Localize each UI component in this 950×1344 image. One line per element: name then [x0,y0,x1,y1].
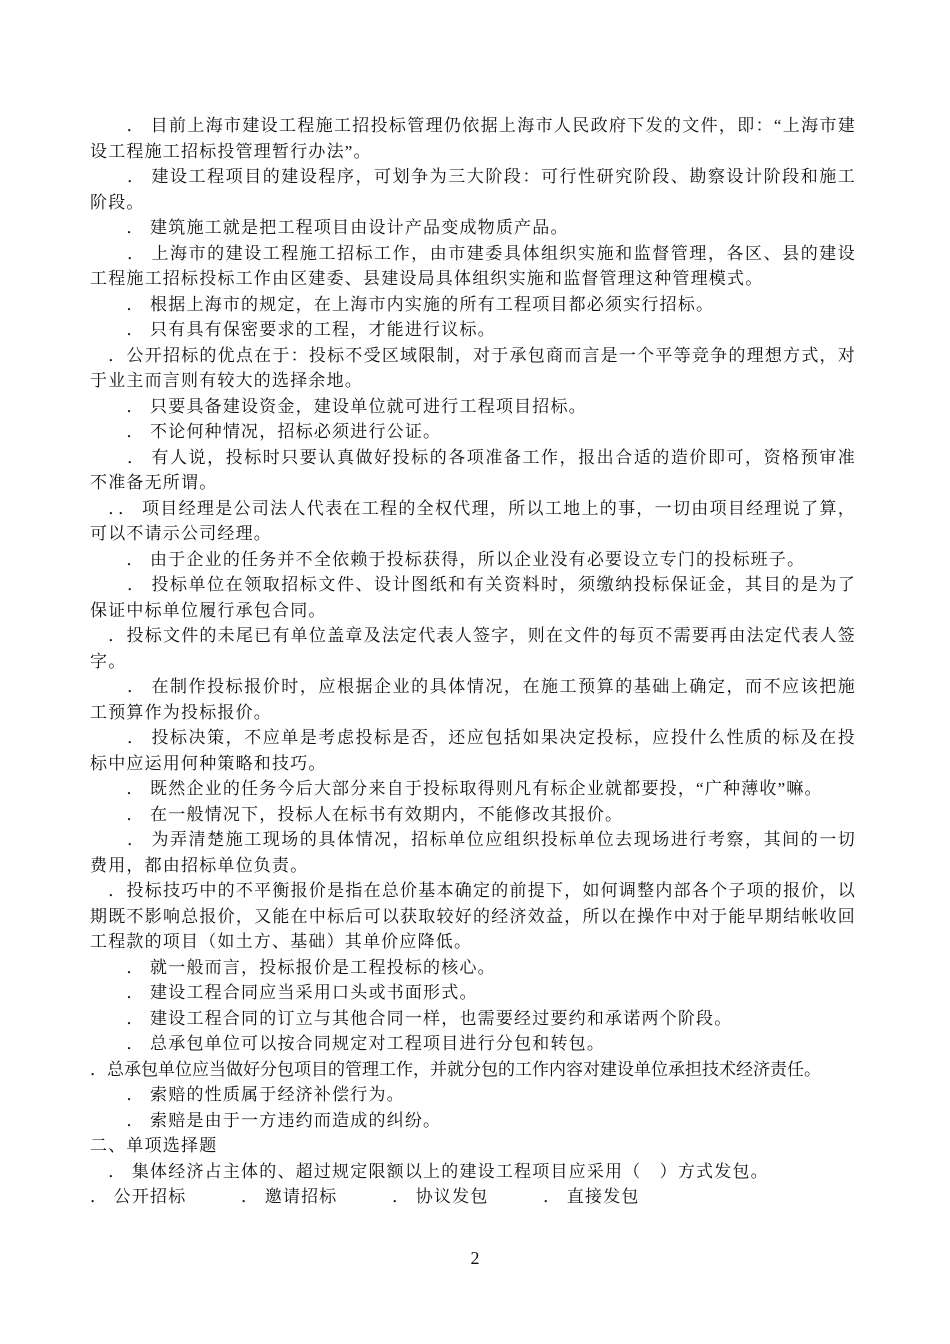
paragraph: ．公开招标的优点在于：投标不受区域限制，对于承包商而言是一个平等竞争的理想方式，… [90,343,856,394]
paragraph: ． 只有具有保密要求的工程，才能进行议标。 [90,317,856,343]
paragraph: ． 既然企业的任务今后大部分来自于投标取得则凡有标企业就都要投，“广种薄收”嘛。 [90,776,856,802]
question: ． 集体经济占主体的、超过规定限额以上的建设工程项目应采用（ ）方式发包。 [90,1159,856,1185]
page-number: 2 [0,1246,950,1271]
paragraph: ． 有人说，投标时只要认真做好投标的各项准备工作，报出合适的造价即可，资格预审准… [90,445,856,496]
section-heading: 二、单项选择题 [90,1133,856,1159]
paragraph: ． 建筑施工就是把工程项目由设计产品变成物质产品。 [90,215,856,241]
paragraph: ． 只要具备建设资金，建设单位就可进行工程项目招标。 [90,394,856,420]
paragraph: ． 建设工程项目的建设程序，可划争为三大阶段：可行性研究阶段、勘察设计阶段和施工… [90,164,856,215]
options-row: ． 公开招标 ． 邀请招标 ． 协议发包 ． 直接发包 [90,1184,856,1210]
paragraph: ．投标技巧中的不平衡报价是指在总价基本确定的前提下，如何调整内部各个子项的报价，… [90,878,856,955]
paragraph: ．投标文件的未尾已有单位盖章及法定代表人签字，则在文件的每页不需要再由法定代表人… [90,623,856,674]
document-page: ． 目前上海市建设工程施工招投标管理仍依据上海市人民政府下发的文件，即：“上海市… [0,0,950,1344]
paragraph: ． 投标决策，不应单是考虑投标是否，还应包括如果决定投标，应投什么性质的标及在投… [90,725,856,776]
paragraph: ． 索赔是由于一方违约而造成的纠纷。 [90,1108,856,1134]
paragraph: ． 在制作投标报价时，应根据企业的具体情况，在施工预算的基础上确定，而不应该把施… [90,674,856,725]
document-body: ． 目前上海市建设工程施工招投标管理仍依据上海市人民政府下发的文件，即：“上海市… [90,113,856,1210]
paragraph: ． 建设工程合同应当采用口头或书面形式。 [90,980,856,1006]
paragraph: ． 就一般而言，投标报价是工程投标的核心。 [90,955,856,981]
paragraph: ． 目前上海市建设工程施工招投标管理仍依据上海市人民政府下发的文件，即：“上海市… [90,113,856,164]
paragraph: ．． 项目经理是公司法人代表在工程的全权代理，所以工地上的事，一切由项目经理说了… [90,496,856,547]
paragraph: ． 总承包单位可以按合同规定对工程项目进行分包和转包。 [90,1031,856,1057]
paragraph: ． 根据上海市的规定，在上海市内实施的所有工程项目都必须实行招标。 [90,292,856,318]
paragraph: ． 上海市的建设工程施工招标工作，由市建委具体组织实施和监督管理，各区、县的建设… [90,241,856,292]
paragraph: ． 在一般情况下，投标人在标书有效期内，不能修改其报价。 [90,802,856,828]
paragraph: ． 投标单位在领取招标文件、设计图纸和有关资料时，须缴纳投标保证金，其目的是为了… [90,572,856,623]
paragraph: ． 由于企业的任务并不全依赖于投标获得，所以企业没有必要设立专门的投标班子。 [90,547,856,573]
paragraph: ． 建设工程合同的订立与其他合同一样，也需要经过要约和承诺两个阶段。 [90,1006,856,1032]
paragraph: ． 不论何种情况，招标必须进行公证。 [90,419,856,445]
paragraph: ． 索赔的性质属于经济补偿行为。 [90,1082,856,1108]
paragraph: ． 为弄清楚施工现场的具体情况，招标单位应组织投标单位去现场进行考察，其间的一切… [90,827,856,878]
paragraph: ．总承包单位应当做好分包项目的管理工作，并就分包的工作内容对建设单位承担技术经济… [90,1057,856,1083]
